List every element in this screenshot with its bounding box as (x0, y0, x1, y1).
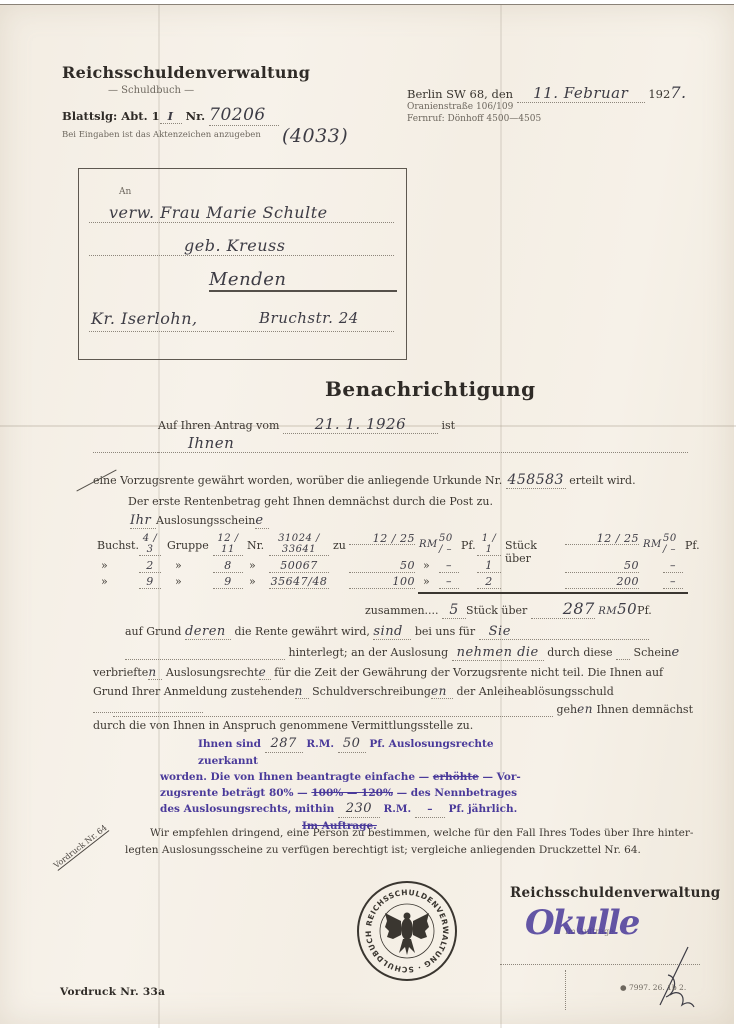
district: Kr. Iserlohn, (91, 309, 198, 328)
schein-label: Auslosungsschein (156, 514, 255, 527)
signature: Okulle (525, 903, 638, 943)
ueber-rm-value: 200 (565, 575, 639, 589)
signature-org: Reichsschuldenverwaltung (510, 885, 721, 901)
rm-label: RM (419, 539, 438, 550)
pf-label: Pf. (461, 539, 476, 552)
text: R.M. (384, 803, 412, 815)
handwritten-value: en (431, 684, 453, 699)
ditto-mark: » (423, 575, 430, 588)
fold-line-vertical (500, 5, 502, 1023)
struck-text: 100% — 120% (311, 787, 393, 799)
official-seal: REICHSSCHULDENVERWALTUNG · SCHULDBUCHKAN… (357, 881, 457, 981)
buchst-value: 9 (139, 575, 161, 589)
address-line-name: verw. Frau Marie Schulte (89, 203, 394, 223)
print-code-text: 7997. 26. 1b 2. (629, 983, 686, 992)
body-line-6: durch die von Ihnen in Anspruch genommen… (93, 719, 473, 732)
body-line-1: auf Grund deren die Rente gewährt wird, … (125, 624, 695, 640)
recommendation-line-2: legten Auslosungsscheine zu verfügen ber… (125, 844, 695, 856)
stamp-line-3: zugsrente beträgt 80% — 100% — 120% — de… (160, 785, 530, 801)
handwritten-value: e (671, 645, 679, 660)
text: Pf. jährlich. (449, 803, 518, 815)
stueck-value: 1 / 1 (477, 533, 501, 556)
zu-rm-value: 50 (349, 559, 415, 573)
text: Ihnen demnächst (596, 703, 693, 716)
antrag-date: 21. 1. 1926 (283, 415, 438, 434)
total-stueck-label: Stück über (466, 604, 527, 617)
body-line-3: verbrieften Auslosungsrechte für die Zei… (93, 665, 693, 680)
ueber-rm-value: 50 (565, 559, 639, 573)
nr-value: 70206 (209, 105, 279, 126)
handwritten-value: n (148, 665, 162, 680)
zu-pf-value: 50 / – (439, 533, 459, 555)
text: worden. Die von Ihnen beantragte einfach… (160, 771, 429, 783)
abt-value: I (160, 109, 182, 124)
buchst-value: 2 (139, 559, 161, 573)
handwritten-value: sind (373, 624, 411, 640)
nr-label: Nr. (186, 109, 206, 123)
schein-suffix: e (255, 513, 269, 529)
text: des Auslosungsrechts, mithin (160, 803, 334, 815)
buchst-label: Buchst. (97, 539, 139, 552)
place-label: Berlin SW 68, den (407, 87, 513, 101)
an-label: An (119, 187, 131, 197)
text: Grund Ihrer Anmeldung zustehende (93, 685, 295, 698)
urkunde-end: erteilt wird. (569, 474, 635, 487)
address-line-maiden-name: geb. Kreuss (89, 236, 394, 256)
blattslg-label: Blattslg: Abt. 1 (62, 109, 160, 123)
blank-field (113, 703, 553, 717)
total-label: zusammen.... (365, 604, 439, 617)
blattslg-field: Blattslg: Abt. 1I Nr. 70206 (62, 105, 279, 126)
zu-pf-value: – (439, 575, 459, 589)
total-pf-label: Pf. (637, 604, 652, 617)
gruppe-value: 8 (213, 559, 243, 573)
text: verbriefte (93, 666, 148, 679)
zu-pf-value: – (439, 559, 459, 573)
ueber-pf-value: 50 / – (663, 533, 683, 555)
ditto-mark: » (101, 559, 108, 572)
handwritten-value: n (295, 684, 309, 699)
reference-number: (4033) (282, 125, 348, 147)
urkunde-sentence: eine Vorzugsrente gewährt worden, worübe… (93, 474, 502, 487)
ditto-mark: » (175, 575, 182, 588)
handwritten-value: deren (185, 624, 231, 640)
zu-label: zu (333, 539, 346, 552)
text: Schuldverschreibung (312, 685, 431, 698)
blank-field (616, 646, 630, 660)
first-payment-note: Der erste Rentenbetrag geht Ihnen demnäc… (128, 495, 493, 508)
form-number: Vordruck Nr. 33a (60, 986, 165, 998)
stamp-line-4: des Auslosungsrechts, mithin 230 R.M. – … (160, 801, 530, 818)
stueck-ueber-label: Stück über (505, 539, 537, 565)
text: R.M. (306, 738, 334, 750)
text: — des Nennbetrages (397, 787, 517, 799)
address-box: An verw. Frau Marie Schulte geb. Kreuss … (78, 168, 407, 360)
total-pf: 50 (617, 600, 637, 618)
text: die Rente gewährt wird, (234, 625, 369, 638)
text: durch diese (547, 646, 612, 659)
street-address: Oranienstraße 106/109 (407, 102, 513, 112)
address-line-district: Kr. Iserlohn, Bruchstr. 24 (89, 309, 394, 332)
document-title: Benachrichtigung (325, 377, 536, 401)
nr-value: 35647/48 (269, 575, 329, 589)
urkunde-number: 458583 (506, 472, 566, 489)
seal-graphic: REICHSSCHULDENVERWALTUNG · SCHULDBUCHKAN… (359, 883, 455, 979)
text: zugsrente beträgt 80% — (160, 787, 308, 799)
rubber-stamp: Ihnen sind 287 R.M. 50 Pf. Auslosungsrec… (160, 736, 530, 834)
date-value: 11. Februar (517, 84, 645, 103)
year-prefix: 192 (648, 87, 670, 101)
vertical-dots (565, 970, 567, 1010)
nr-value: 50067 (269, 559, 329, 573)
ditto-mark: » (249, 559, 256, 572)
handwritten-value: Sie (479, 624, 649, 640)
schein-prefix: Ihr (130, 513, 156, 529)
text: Schein (634, 646, 672, 659)
handwritten-value: en (577, 702, 593, 716)
text: hinterlegt; an der Auslosung (289, 646, 449, 659)
ditto-mark: » (423, 559, 430, 572)
sum-rule (418, 592, 688, 594)
subtitle: — Schuldbuch — (108, 85, 194, 96)
body-line-5: gehen Ihnen demnächst (93, 702, 693, 717)
rm-label: RM (643, 539, 662, 550)
org-name: Reichsschuldenverwaltung (62, 63, 310, 82)
struck-text: erhöhte (433, 771, 479, 783)
text: Ihnen sind (198, 738, 261, 750)
handwritten-value: 50 (338, 736, 366, 753)
ditto-mark: » (101, 575, 108, 588)
zu-rm-value: 100 (349, 575, 415, 589)
text: Auslosungsrecht (166, 666, 259, 679)
blank-field (125, 646, 285, 660)
ditto-mark: » (249, 575, 256, 588)
buchst-value: 4 / 3 (139, 533, 161, 556)
gruppe-value: 12 / 11 (213, 533, 243, 556)
stueck-value: 2 (477, 575, 501, 589)
phone-number: Fernruf: Dönhoff 4500—4505 (407, 114, 541, 124)
text: — Vor- (483, 771, 521, 783)
recommendation-line-1: Wir empfehlen dringend, eine Person zu b… (150, 827, 695, 839)
stamp-line-1: Ihnen sind 287 R.M. 50 Pf. Auslosungsrec… (160, 736, 530, 769)
schein-line: IhrAuslosungsscheine (130, 513, 269, 529)
antrag-label: Auf Ihren Antrag vom (158, 419, 279, 432)
stueck-value: 1 (477, 559, 501, 573)
urkunde-line: eine Vorzugsrente gewährt worden, worübe… (93, 472, 693, 489)
pf-label: Pf. (685, 539, 700, 552)
ueber-rm-value: 12 / 25 (565, 533, 639, 545)
text: auf Grund (125, 625, 181, 638)
stamp-line-2: worden. Die von Ihnen beantragte einfach… (160, 769, 530, 785)
address-line-city: Menden (209, 269, 397, 292)
print-code: ● 7997. 26. 1b 2. (620, 983, 686, 992)
antrag-line: Auf Ihren Antrag vom 21. 1. 1926 ist Ihn… (158, 415, 688, 433)
zu-rm-value: 12 / 25 (349, 533, 415, 545)
nr-value: 31024 / 33641 (269, 533, 329, 556)
handwritten-value: – (415, 801, 445, 818)
text: bei uns für (415, 625, 475, 638)
ist-label: ist (441, 419, 455, 432)
ueber-pf-value: – (663, 575, 683, 589)
nr-label: Nr. (247, 539, 264, 552)
document-page: Reichsschuldenverwaltung — Schuldbuch — … (0, 4, 734, 1023)
blank-line (93, 451, 688, 453)
total-rm-label: RM (598, 606, 617, 617)
ueber-pf-value: – (663, 559, 683, 573)
handwritten-value: nehmen die (452, 645, 544, 661)
gruppe-value: 9 (213, 575, 243, 589)
ditto-mark: » (175, 559, 182, 572)
eagle-emblem (385, 913, 429, 956)
gruppe-label: Gruppe (167, 539, 209, 552)
total-rm: 287 (531, 599, 595, 619)
aktenzeichen-note: Bei Eingaben ist das Aktenzeichen anzuge… (62, 130, 261, 140)
total-row: zusammen.... 5Stück über 287 RM50Pf. (365, 599, 695, 619)
text: geh (556, 703, 577, 716)
body-line-2: hinterlegt; an der Auslosung nehmen die … (125, 645, 705, 661)
handwritten-value: 230 (338, 801, 380, 818)
year-suffix: 7. (670, 83, 686, 102)
total-stueck: 5 (442, 602, 466, 619)
handwritten-value: e (259, 665, 271, 680)
initials-signature (648, 945, 698, 1010)
handwritten-value: 287 (265, 736, 303, 753)
street: Bruchstr. 24 (259, 309, 359, 327)
text: der Anleiheablösungsschuld (456, 685, 613, 698)
text: für die Zeit der Gewährung der Vorzugsre… (274, 666, 663, 679)
margin-note: Vordruck Nr. 64 (52, 823, 109, 871)
place-date-line: Berlin SW 68, den 11. Februar 1927. (407, 83, 687, 103)
print-mark-icon: ● (620, 983, 627, 992)
